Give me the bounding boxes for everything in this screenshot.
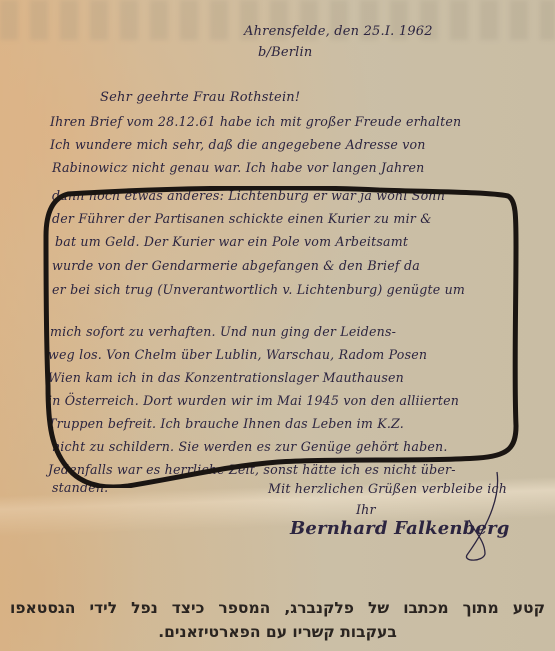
letter-line: Ihren Brief vom 28.12.61 habe ich mit gr… — [50, 114, 461, 129]
letter-line: in Österreich. Dort wurden wir im Mai 19… — [48, 393, 459, 408]
letter-line: wurde von der Gendarmerie abgefangen & d… — [52, 258, 420, 273]
letter-line: dann noch etwas anderes: Lichtenburg er … — [52, 188, 445, 203]
letter-closing-sub: Ihr — [356, 502, 376, 517]
letter-place-date: Ahrensfelde, den 25.I. 1962 — [244, 24, 433, 39]
signature-flourish — [455, 470, 515, 565]
letter-line: Jedenfalls war es herrliche Zeit, sonst … — [48, 462, 456, 477]
letter-line: Rabinowicz nicht genau war. Ich habe vor… — [52, 160, 424, 175]
caption-line-1: קטע מתוך מכתבו של פלקנברג, המספר כיצד נפ… — [10, 596, 545, 620]
letter-line: Truppen befreit. Ich brauche Ihnen das L… — [48, 416, 404, 431]
letter-line: mich sofort zu verhaften. Und nun ging d… — [50, 324, 396, 339]
letter-line: nicht zu schildern. Sie werden es zur Ge… — [52, 439, 448, 454]
letter-salutation: Sehr geehrte Frau Rothstein! — [100, 90, 300, 105]
letter-line: standen. — [52, 480, 108, 495]
caption: קטע מתוך מכתבו של פלקנברג, המספר כיצד נפ… — [10, 596, 545, 644]
letter-line: Ich wundere mich sehr, daß die angegeben… — [50, 137, 426, 152]
letter-line: er bei sich trug (Unverantwortlich v. Li… — [52, 282, 465, 297]
letter-line: Wien kam ich in das Konzentrationslager … — [48, 370, 404, 385]
letter-place-sub: b/Berlin — [258, 45, 312, 60]
letter-line: weg los. Von Chelm über Lublin, Warschau… — [48, 347, 427, 362]
letter-line: bat um Geld. Der Kurier war ein Pole vom… — [55, 234, 408, 249]
scanned-page: Ahrensfelde, den 25.I. 1962 b/Berlin Seh… — [0, 0, 555, 651]
caption-line-2: בעקבות קשריו עם הפארטיזאנים. — [10, 620, 545, 644]
letter-line: der Führer der Partisanen schickte einen… — [52, 211, 432, 226]
